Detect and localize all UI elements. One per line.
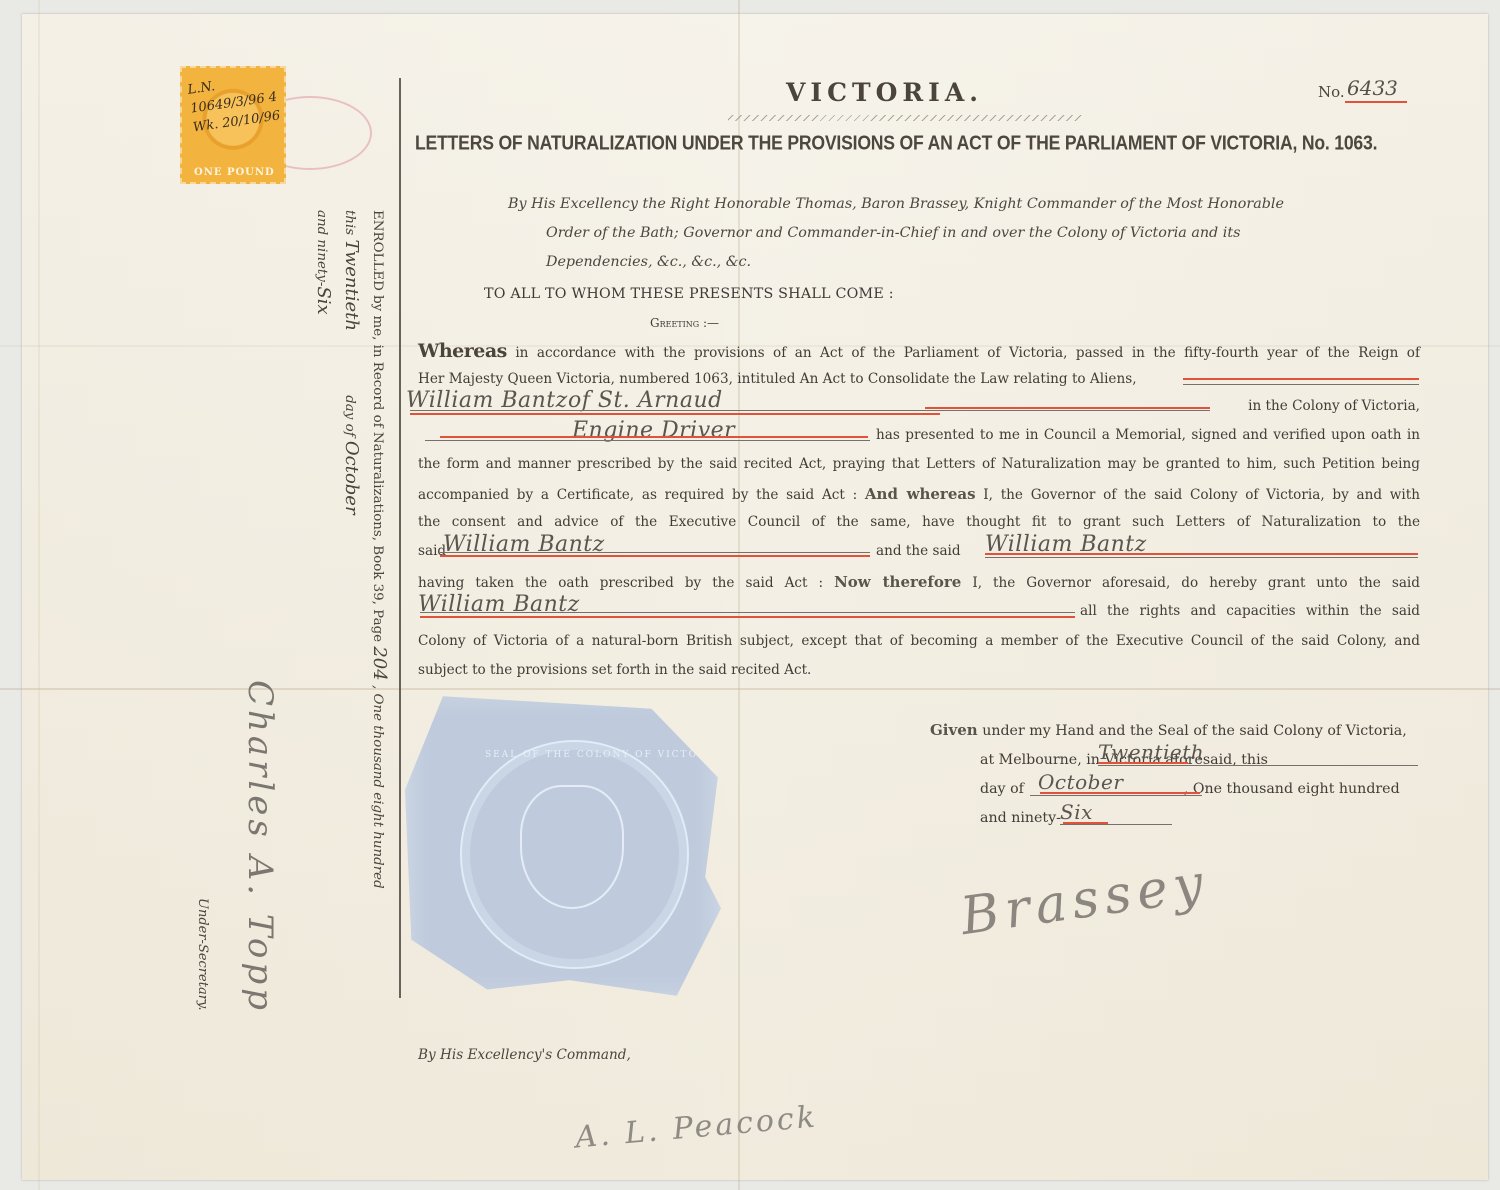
embossed-seal: SEAL OF THE COLONY OF VICTORIA — [405, 690, 721, 1002]
and-the-said-label: and the said — [876, 543, 996, 559]
body-line-11: Colony of Victoria of a natural-born Bri… — [418, 633, 1420, 649]
seal-legend: SEAL OF THE COLONY OF VICTORIA — [485, 750, 721, 760]
vertical-rule — [399, 78, 401, 998]
greeting: Greeting :— — [650, 316, 719, 330]
blank-rule — [420, 612, 1075, 613]
blank-rule — [410, 413, 940, 415]
blank-rule — [985, 557, 1418, 558]
certificate-number: 6433 — [1347, 76, 1398, 100]
command-line: By His Excellency's Command, — [418, 1047, 631, 1063]
given-day: Twentieth — [1098, 740, 1204, 764]
given-heading: Given — [930, 721, 978, 739]
body-line-6: accompanied by a Certificate, as require… — [418, 485, 1420, 503]
blank-rule — [1098, 762, 1188, 764]
under-secretary-signature: Charles A. Topp — [240, 680, 280, 1014]
body-line-9: having taken the oath prescribed by the … — [418, 573, 1420, 591]
blank-rule — [1030, 795, 1202, 796]
applicant-name-2: William Bantz — [443, 532, 605, 557]
blank-rule — [440, 436, 868, 438]
body-line-10: all the rights and capacities within the… — [1080, 603, 1420, 619]
certificate-number-label: No. — [1318, 83, 1345, 101]
fold-line-vertical-left — [38, 0, 40, 1190]
proclamation-line-1: By His Excellency the Right Honorable Th… — [508, 196, 1284, 212]
body-line-3: in the Colony of Victoria, — [1220, 398, 1420, 414]
blank-rule — [1060, 824, 1172, 825]
document-subtitle: LETTERS OF NATURALIZATION UNDER THE PROV… — [415, 131, 1420, 155]
address-line: TO ALL TO WHOM THESE PRESENTS SHALL COME… — [484, 286, 894, 302]
enrollment-record: ENROLLED by me, in Record of Naturalizat… — [312, 210, 392, 1000]
proclamation: By His Excellency the Right Honorable Th… — [508, 190, 1418, 277]
proclamation-line-3: Dependencies, &c., &c., &c. — [508, 248, 1418, 277]
seal-crest — [520, 785, 624, 909]
blank-rule — [1040, 792, 1200, 794]
blank-rule — [985, 553, 1418, 555]
blank-rule — [1183, 384, 1419, 385]
body-line-5: the form and manner prescribed by the sa… — [418, 456, 1420, 472]
blank-rule — [440, 555, 870, 557]
blank-rule — [410, 410, 1210, 411]
enrollment-line-1: ENROLLED by me, in Record of Naturalizat… — [370, 210, 385, 889]
revenue-stamp: L.N. 10649/3/96 4 Wk. 20/10/96 ONE POUND — [180, 66, 286, 184]
blank-rule — [420, 616, 1075, 618]
body-line-7: the consent and advice of the Executive … — [418, 514, 1420, 530]
given-block: Given under my Hand and the Seal of the … — [930, 716, 1420, 833]
blank-rule — [925, 407, 1210, 409]
blank-rule — [440, 552, 870, 553]
body-line-1: Whereas in accordance with the provision… — [418, 340, 1420, 362]
applicant-name-4: William Bantz — [418, 592, 580, 617]
stamp-annotation: L.N. 10649/3/96 4 Wk. 20/10/96 — [187, 68, 290, 138]
fold-line-vertical — [738, 0, 740, 1190]
enrollment-line-2: this Twentieth day of October — [336, 210, 364, 1000]
proclamation-line-2: Order of the Bath; Governor and Commande… — [508, 219, 1418, 248]
number-underline — [1345, 101, 1407, 103]
given-month: October — [1038, 770, 1123, 794]
blank-rule — [1183, 378, 1419, 380]
document-title: VICTORIA. — [786, 78, 983, 107]
blank-rule — [425, 440, 870, 441]
whereas-heading: Whereas — [418, 340, 507, 362]
blank-rule — [1098, 765, 1418, 766]
body-line-4: has presented to me in Council a Memoria… — [876, 427, 1420, 443]
ornamental-rule — [728, 115, 1083, 121]
body-line-12: subject to the provisions set forth in t… — [418, 662, 1420, 678]
fold-line-horizontal — [0, 688, 1500, 690]
enrollment-line-3: and ninety-Six — [308, 210, 336, 1000]
given-year-word: Six — [1060, 800, 1093, 824]
stamp-denomination: ONE POUND — [194, 167, 275, 178]
under-secretary-title: Under-Secretary. — [195, 898, 210, 1011]
